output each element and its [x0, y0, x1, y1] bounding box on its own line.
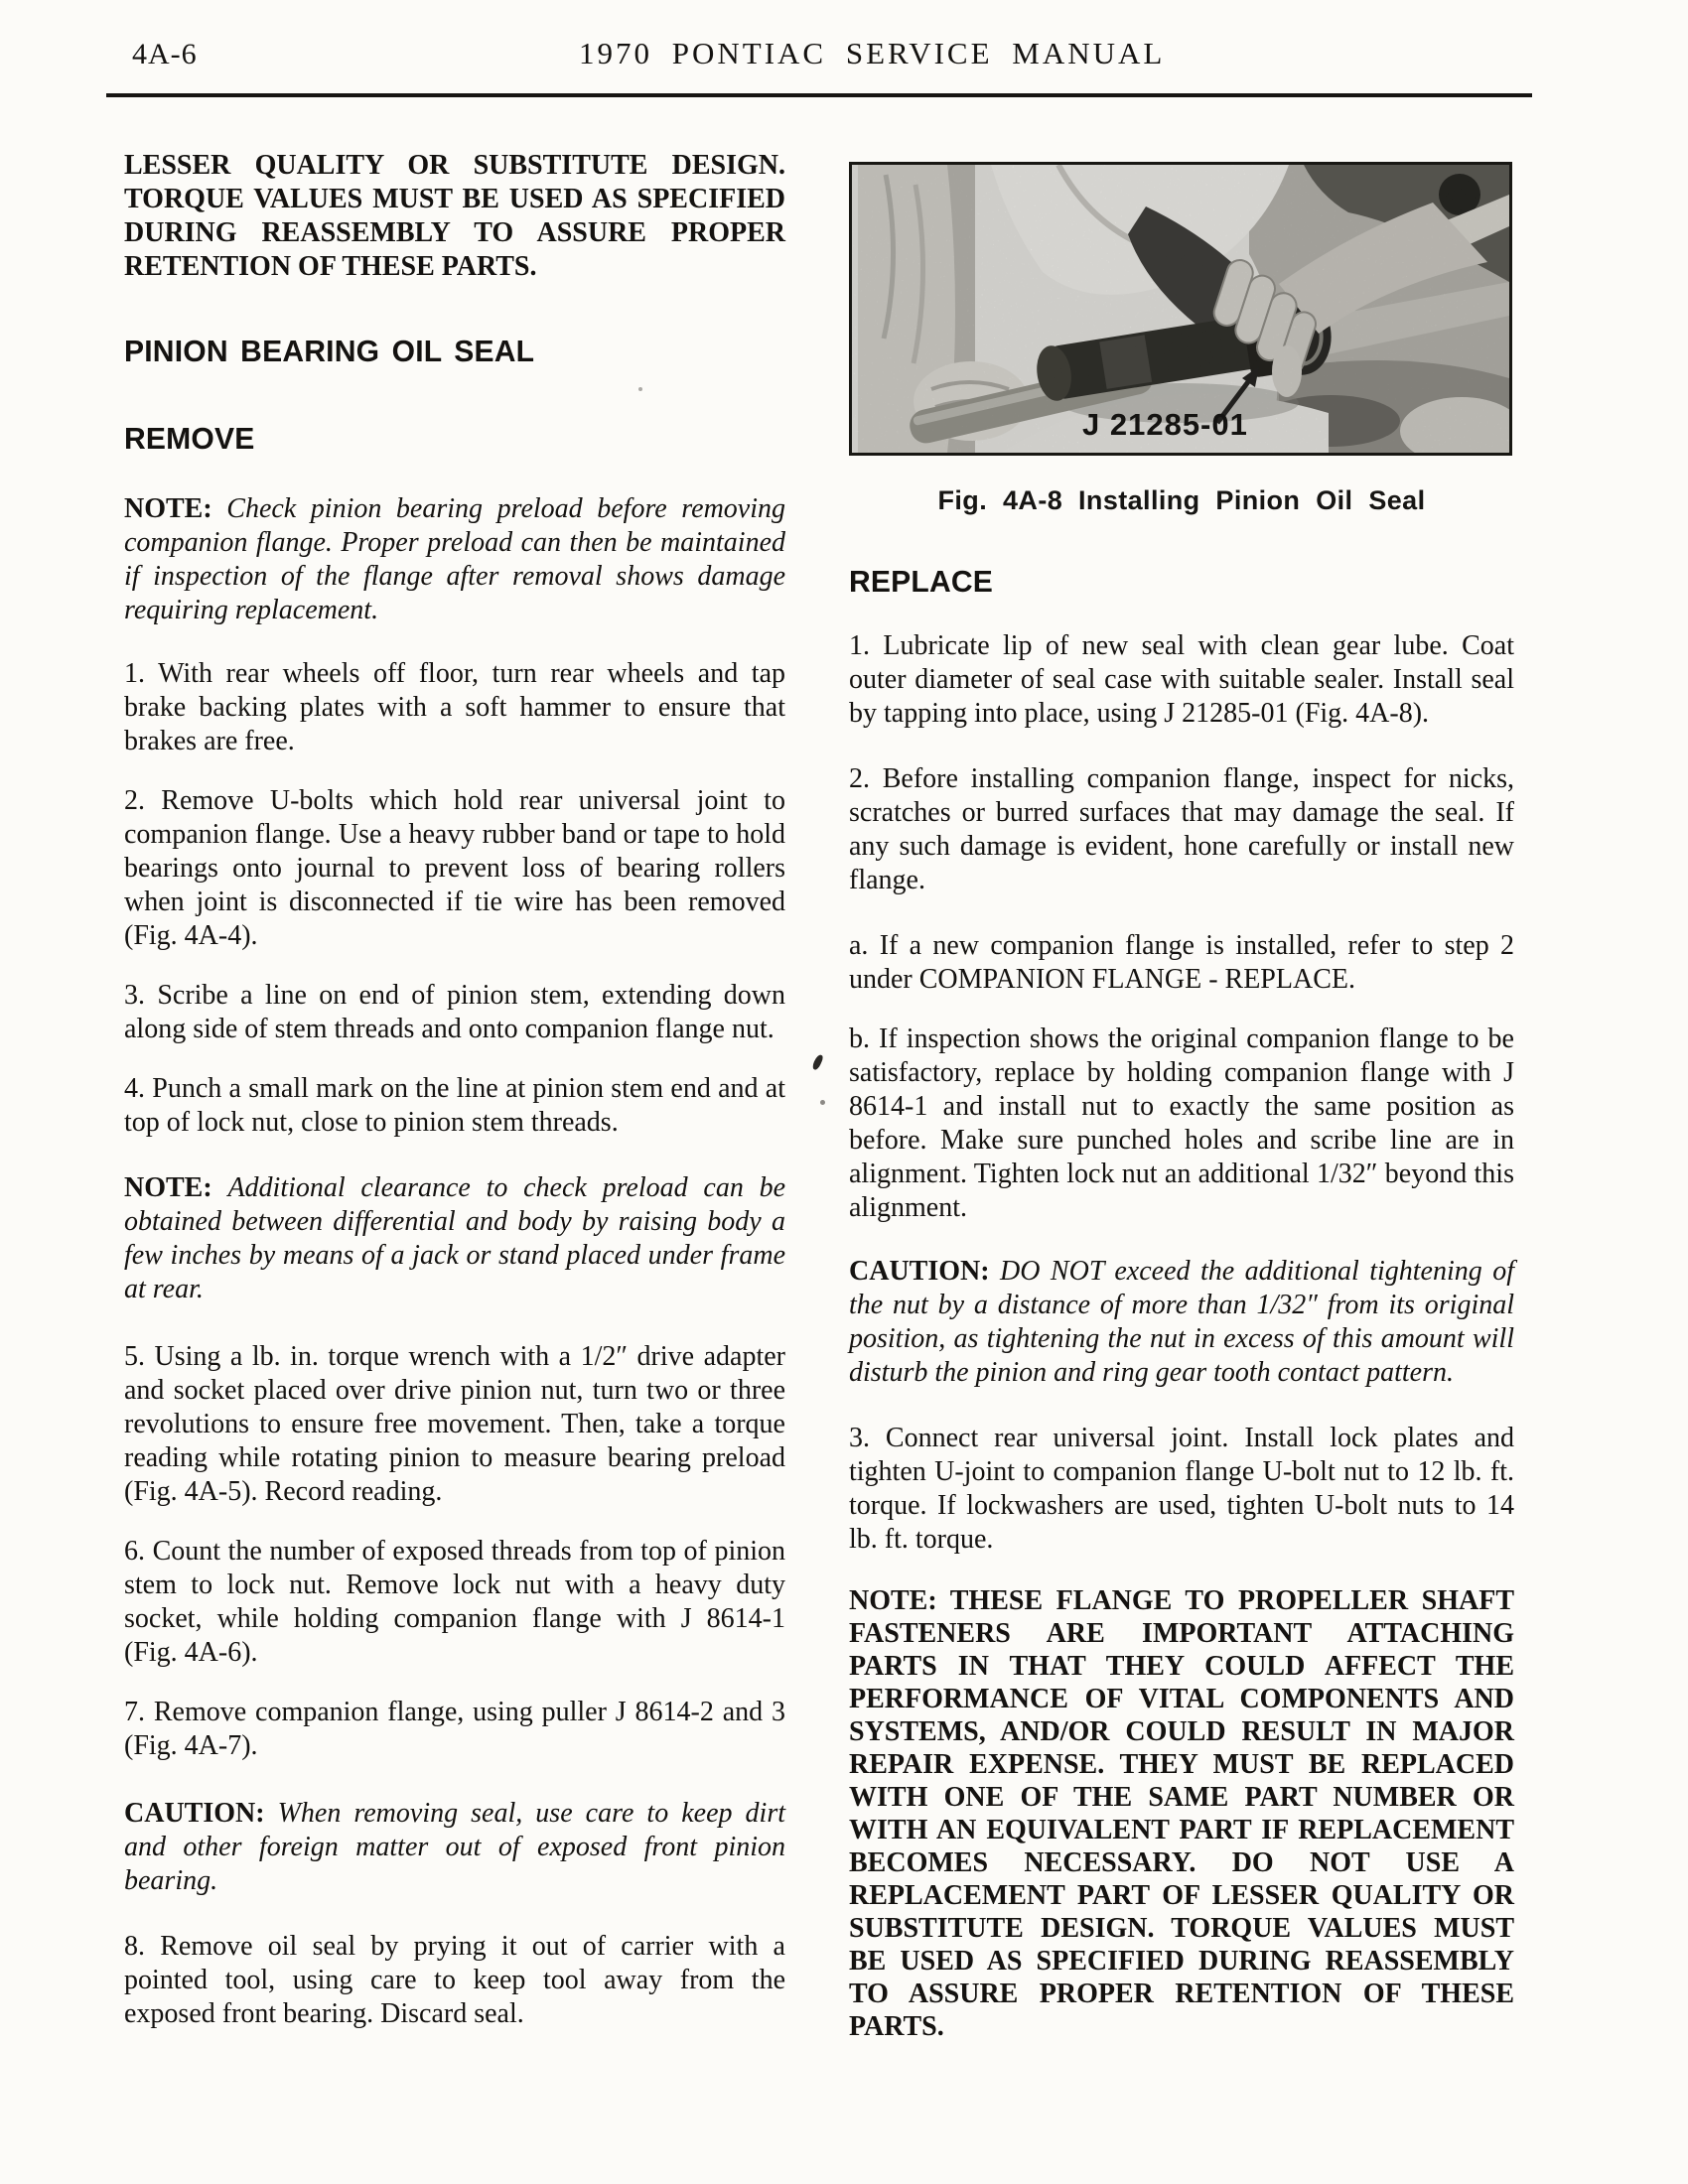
- note-block-preload: NOTE: Check pinion bearing preload befor…: [124, 492, 785, 627]
- step-remove-6: 6. Count the number of exposed threads f…: [124, 1535, 785, 1670]
- right-column: J 21285-01 Fig. 4A-8 Installing Pinion O…: [849, 162, 1514, 2043]
- left-column: LESSER QUALITY OR SUBSTITUTE DESIGN. TOR…: [124, 149, 785, 2031]
- step-remove-2: 2. Remove U-bolts which hold rear univer…: [124, 784, 785, 953]
- note-text: Additional clearance to check preload ca…: [124, 1172, 785, 1304]
- step-remove-4: 4. Punch a small mark on the line at pin…: [124, 1072, 785, 1140]
- section-heading-replace: REPLACE: [849, 564, 1494, 600]
- figure-photo: J 21285-01: [849, 162, 1512, 456]
- caution-label: CAUTION:: [849, 1256, 990, 1287]
- scan-speck: [811, 1053, 824, 1070]
- caution-block-dirt: CAUTION: When removing seal, use care to…: [124, 1797, 785, 1898]
- note-text: Check pinion bearing preload before remo…: [124, 493, 785, 625]
- step-remove-5: 5. Using a lb. in. torque wrench with a …: [124, 1340, 785, 1509]
- section-heading-pinion-bearing-oil-seal: PINION BEARING OIL SEAL: [124, 334, 766, 369]
- step-remove-3: 3. Scribe a line on end of pinion stem, …: [124, 979, 785, 1046]
- figure-caption: Fig. 4A-8 Installing Pinion Oil Seal: [849, 485, 1514, 516]
- note-block-clearance: NOTE: Additional clearance to check prel…: [124, 1171, 785, 1306]
- intro-paragraph: LESSER QUALITY OR SUBSTITUTE DESIGN. TOR…: [124, 149, 785, 284]
- step-replace-1: 1. Lubricate lip of new seal with clean …: [849, 629, 1514, 731]
- figure-tool-label: J 21285-01: [1082, 407, 1248, 443]
- caution-block-tightening: CAUTION: DO NOT exceed the additional ti…: [849, 1255, 1514, 1390]
- section-heading-remove: REMOVE: [124, 421, 766, 457]
- substep-a: a. If a new companion flange is installe…: [849, 929, 1514, 997]
- page-title: 1970 PONTIAC SERVICE MANUAL: [579, 36, 1165, 71]
- step-remove-7: 7. Remove companion flange, using puller…: [124, 1696, 785, 1763]
- header-rule: [106, 93, 1532, 97]
- step-remove-1: 1. With rear wheels off floor, turn rear…: [124, 657, 785, 758]
- step-remove-8: 8. Remove oil seal by prying it out of c…: [124, 1930, 785, 2031]
- scan-speck: [638, 387, 642, 391]
- step-replace-3: 3. Connect rear universal joint. Install…: [849, 1422, 1514, 1557]
- step-replace-2: 2. Before installing companion flange, i…: [849, 762, 1514, 897]
- note-label: NOTE:: [124, 493, 212, 524]
- scan-speck: [820, 1100, 825, 1105]
- manual-page: 4A-6 1970 PONTIAC SERVICE MANUAL LESSER …: [0, 0, 1688, 2184]
- substep-b: b. If inspection shows the original comp…: [849, 1023, 1514, 1225]
- note-label: NOTE:: [124, 1172, 212, 1203]
- page-number: 4A-6: [132, 38, 198, 71]
- note-caps-paragraph: NOTE: THESE FLANGE TO PROPELLER SHAFT FA…: [849, 1584, 1514, 2043]
- caution-label: CAUTION:: [124, 1798, 265, 1829]
